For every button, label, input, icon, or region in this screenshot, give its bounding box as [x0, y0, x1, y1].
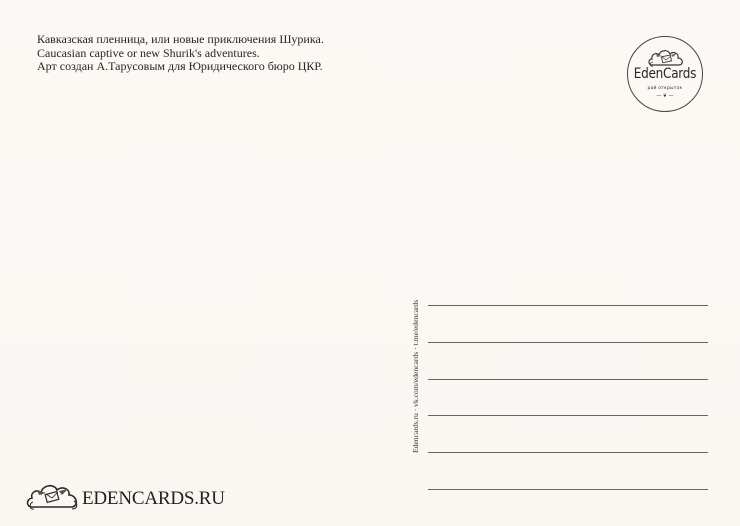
- footer-brand: EDENCARDS.RU: [26, 479, 225, 513]
- address-line: [428, 379, 708, 380]
- caption-title-ru: Кавказская пленница, или новые приключен…: [37, 33, 324, 47]
- edencards-stamp-logo: EdenCards рай открыток — ❦ —: [627, 36, 703, 112]
- address-line: [428, 452, 708, 453]
- postcard-back: Кавказская пленница, или новые приключен…: [0, 0, 740, 526]
- cloud-envelope-icon: [26, 479, 80, 513]
- address-line: [428, 415, 708, 416]
- logo-tagline: рай открыток: [628, 86, 702, 91]
- logo-brand-name: EdenCards: [633, 66, 697, 82]
- address-line: [428, 342, 708, 343]
- artwork-caption: Кавказская пленница, или новые приключен…: [37, 33, 324, 74]
- caption-title-en: Caucasian captive or new Shurik's advent…: [37, 47, 324, 61]
- footer-website: EDENCARDS.RU: [82, 488, 225, 510]
- logo-ornament: — ❦ —: [628, 93, 702, 99]
- address-line: [428, 489, 708, 490]
- contact-links-vertical: Edencards.ru · vk.com/edencards · t.me/e…: [411, 305, 420, 453]
- caption-credit: Арт создан А.Тарусовым для Юридического …: [37, 60, 324, 74]
- address-line: [428, 305, 708, 306]
